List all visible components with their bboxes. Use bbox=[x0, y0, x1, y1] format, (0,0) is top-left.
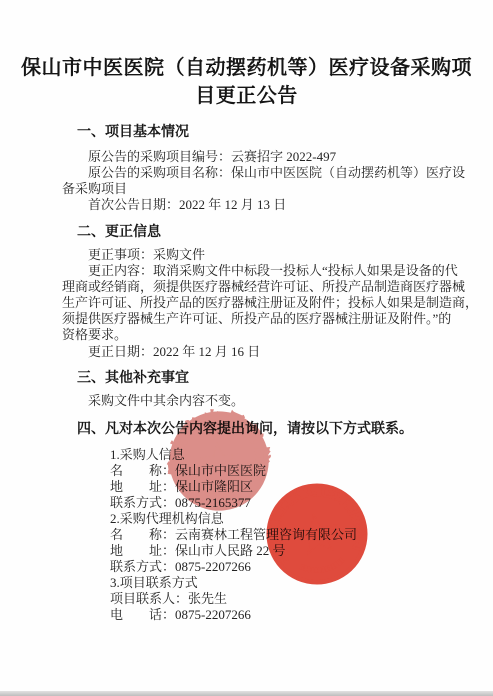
section2-paragraph-correction-item: 更正事项：采购文件 bbox=[62, 247, 482, 263]
scan-bottom-edge bbox=[0, 691, 493, 696]
scanned-document-page: 保山市中医医院（自动摆药机等）医疗设备采购项 目更正公告 一、项目基本情况 原公… bbox=[0, 0, 493, 696]
section1-paragraph-project-number: 原公告的采购项目编号：云赛招字 2022-497 bbox=[62, 149, 482, 165]
section2-paragraph-correction-date: 更正日期：2022 年 12 月 16 日 bbox=[62, 344, 482, 360]
contact-group1-title: 1.采购人信息 bbox=[110, 447, 470, 463]
contact-project-person: 项目联系人：张先生 bbox=[110, 591, 470, 607]
page-title-line2: 目更正公告 bbox=[0, 82, 493, 110]
contact-info-block: 1.采购人信息 名 称：保山市中医医院 地 址：保山市隆阳区 联系方式：0875… bbox=[110, 447, 470, 623]
section3-heading: 三、其他补充事宜 bbox=[77, 367, 477, 387]
contact-group3-title: 3.项目联系方式 bbox=[110, 575, 470, 591]
section1-paragraph-project-name: 原公告的采购项目名称：保山市中医医院（自动摆药机等）医疗设 备采购项目 bbox=[62, 165, 482, 197]
contact-purchaser-address: 地 址：保山市隆阳区 bbox=[110, 479, 470, 495]
page-title-line1: 保山市中医医院（自动摆药机等）医疗设备采购项 bbox=[0, 54, 493, 82]
contact-agency-phone: 联系方式：0875-2207266 bbox=[110, 559, 470, 575]
section3-paragraph-no-change: 采购文件中其余内容不变。 bbox=[62, 393, 482, 409]
contact-agency-address: 地 址：保山市人民路 22 号 bbox=[110, 543, 470, 559]
section4-heading: 四、凡对本次公告内容提出询问，请按以下方式联系。 bbox=[77, 418, 477, 438]
contact-agency-name: 名 称：云南赛林工程管理咨询有限公司 bbox=[110, 527, 470, 543]
contact-purchaser-name: 名 称：保山市中医医院 bbox=[110, 463, 470, 479]
contact-project-phone: 电 话：0875-2207266 bbox=[110, 607, 470, 623]
page-title: 保山市中医医院（自动摆药机等）医疗设备采购项 目更正公告 bbox=[0, 54, 493, 110]
section2-heading: 二、更正信息 bbox=[77, 221, 477, 241]
section2-paragraph-correction-content: 更正内容：取消采购文件中标段一投标人“投标人如果是设备的代 理商或经销商，须提供… bbox=[62, 263, 482, 343]
contact-group2-title: 2.采购代理机构信息 bbox=[110, 511, 470, 527]
section1-heading: 一、项目基本情况 bbox=[77, 121, 477, 141]
section1-paragraph-first-notice-date: 首次公告日期：2022 年 12 月 13 日 bbox=[62, 197, 482, 213]
contact-purchaser-phone: 联系方式：0875-2165377 bbox=[110, 495, 470, 511]
